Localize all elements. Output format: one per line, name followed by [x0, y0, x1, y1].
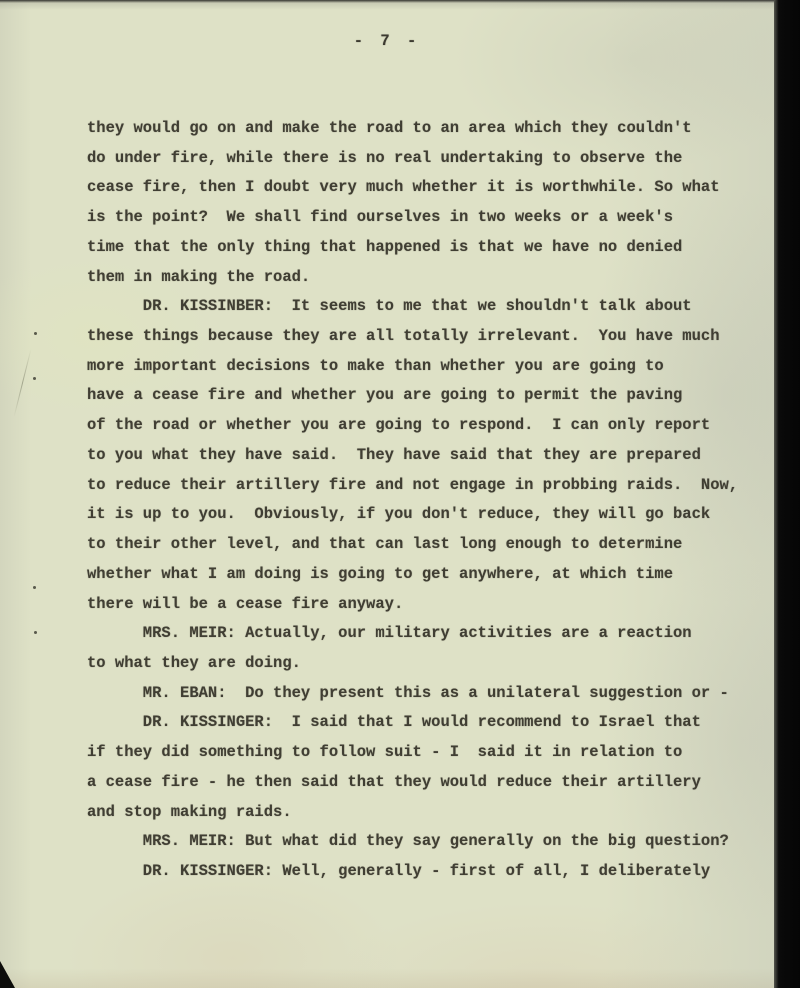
- ink-speck: [33, 586, 36, 589]
- text-line: have a cease fire and whether you are go…: [87, 381, 767, 411]
- text-line: to you what they have said. They have sa…: [87, 441, 767, 471]
- scanned-document: - 7 - they would go on and make the road…: [0, 0, 800, 988]
- text-line: DR. KISSINBER: It seems to me that we sh…: [87, 292, 767, 322]
- document-text: they would go on and make the road to an…: [87, 114, 767, 887]
- text-line: whether what I am doing is going to get …: [87, 560, 767, 590]
- text-line: there will be a cease fire anyway.: [87, 590, 767, 620]
- ink-speck: [33, 377, 36, 380]
- text-line: to what they are doing.: [87, 649, 767, 679]
- text-line: to reduce their artillery fire and not e…: [87, 471, 767, 501]
- scan-corner-mark: [0, 961, 15, 988]
- text-line: it is up to you. Obviously, if you don't…: [87, 500, 767, 530]
- text-line: if they did something to follow suit - I…: [87, 738, 767, 768]
- text-line: a cease fire - he then said that they wo…: [87, 768, 767, 798]
- page-number: - 7 -: [0, 32, 774, 50]
- text-line: do under fire, while there is no real un…: [87, 144, 767, 174]
- text-line: they would go on and make the road to an…: [87, 114, 767, 144]
- document-page: - 7 - they would go on and make the road…: [0, 0, 774, 988]
- text-line: DR. KISSINGER: I said that I would recom…: [87, 708, 767, 738]
- text-line: time that the only thing that happened i…: [87, 233, 767, 263]
- text-line: these things because they are all totall…: [87, 322, 767, 352]
- ink-speck: [34, 631, 37, 634]
- text-line: to their other level, and that can last …: [87, 530, 767, 560]
- text-line: cease fire, then I doubt very much wheth…: [87, 173, 767, 203]
- paper-top-edge: [0, 0, 774, 3]
- text-line: them in making the road.: [87, 263, 767, 293]
- text-line: MRS. MEIR: But what did they say general…: [87, 827, 767, 857]
- text-line: MRS. MEIR: Actually, our military activi…: [87, 619, 767, 649]
- text-line: is the point? We shall find ourselves in…: [87, 203, 767, 233]
- scan-edge-right: [774, 0, 800, 988]
- ink-speck: [34, 332, 37, 335]
- text-line: of the road or whether you are going to …: [87, 411, 767, 441]
- text-line: more important decisions to make than wh…: [87, 352, 767, 382]
- paper-crease: [14, 349, 32, 417]
- text-line: and stop making raids.: [87, 798, 767, 828]
- text-line: MR. EBAN: Do they present this as a unil…: [87, 679, 767, 709]
- text-line: DR. KISSINGER: Well, generally - first o…: [87, 857, 767, 887]
